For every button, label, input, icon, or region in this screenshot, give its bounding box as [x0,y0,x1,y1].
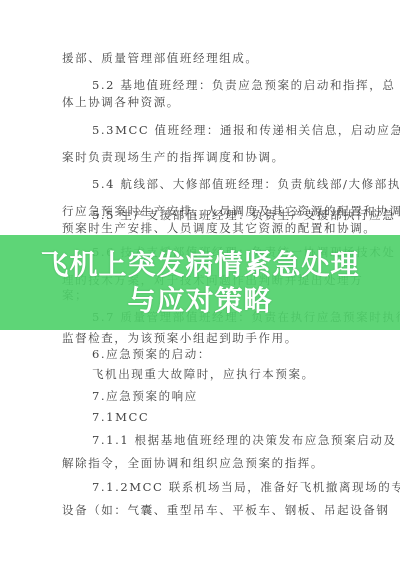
doc-line: 5.4 航线部、大修部值班经理：负责航线部/大修部执 [92,177,400,191]
doc-line: 预案时生产安排、人员调度及其它资源的配置和协调。 [62,221,376,235]
title-banner: 飞机上突发病情紧急处理与应对策略 [0,235,400,330]
doc-line: 案时负责现场生产的指挥调度和协调。 [62,150,285,164]
doc-line: 5.2 基地值班经理：负责应急预案的启动和指挥，总 [92,78,395,92]
doc-line: 解除指令，全面协调和组织应急预案的指挥。 [62,456,324,470]
doc-line: 7.1.2MCC 联系机场当局，准备好飞机撤离现场的专用 [92,480,400,494]
doc-line: 监督检查，为该预案小组起到助手作用。 [62,331,298,345]
doc-line: 飞机出现重大故障时，应执行本预案。 [92,367,315,381]
doc-line: 5.3MCC 值班经理：通报和传递相关信息，启动应急预 [92,123,400,137]
doc-line: 7.1.1 根据基地值班经理的决策发布应急预案启动及 [92,433,397,447]
doc-line: 7.应急预案的响应 [92,389,198,403]
doc-line: 6.应急预案的启动： [92,347,211,361]
doc-line: 7.1MCC [92,410,149,424]
doc-line: 援部、质量管理部值班经理组成。 [62,51,259,65]
doc-line: 设备（如：气囊、重型吊车、平板车、钢板、吊起设备钢 [62,503,390,517]
doc-line: 体上协调各种资源。 [62,95,180,109]
doc-line: 5.5 生产支援部值班经理：负责生产支援部执行应急 [92,208,395,222]
banner-title: 飞机上突发病情紧急处理与应对策略 [30,247,370,319]
